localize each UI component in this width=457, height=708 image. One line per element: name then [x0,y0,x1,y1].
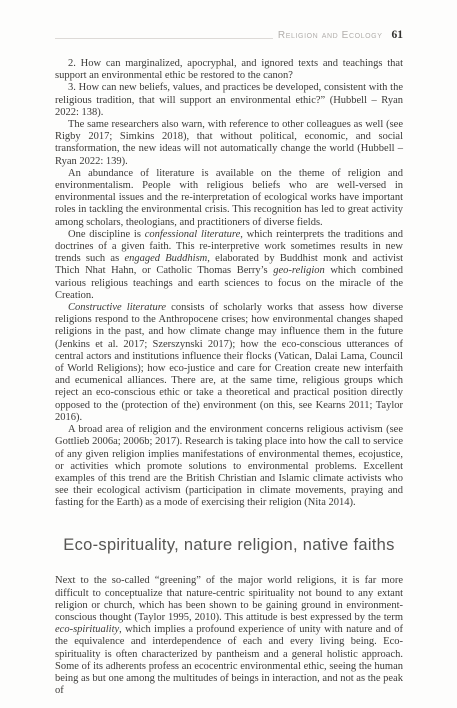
section-heading: Eco-spirituality, nature religion, nativ… [55,536,403,556]
text-run: A broad area of religion and the environ… [55,424,403,508]
text-run: An abundance of literature is available … [55,168,403,228]
paragraph: A broad area of religion and the environ… [55,424,403,509]
page-number: 61 [392,30,404,42]
text-run: The same researchers also warn, with ref… [55,119,403,167]
italic-text-run: Constructive literature [68,302,166,313]
paragraph: 2. How can marginalized, apocryphal, and… [55,58,403,82]
paragraph: Next to the so-called “greening” of the … [55,575,403,697]
italic-text-run: engaged Buddhism [124,253,207,264]
header-rule [55,38,273,39]
italic-text-run: eco-spirituality [55,624,119,635]
paragraph: The same researchers also warn, with ref… [55,119,403,168]
text-run: Next to the so-called “greening” of the … [55,575,403,623]
page-body: 2. How can marginalized, apocryphal, and… [55,58,403,697]
paragraph: Constructive literature consists of scho… [55,302,403,424]
text-run: One discipline is [68,229,145,240]
text-run: consists of scholarly works that assess … [55,302,403,423]
paragraph: 3. How can new beliefs, values, and prac… [55,82,403,119]
paragraph: An abundance of literature is available … [55,168,403,229]
italic-text-run: geo-religion [273,265,325,276]
book-page: Religion and Ecology 61 2. How can margi… [0,0,457,708]
text-run: 3. How can new beliefs, values, and prac… [55,82,403,117]
page-header: Religion and Ecology 61 [55,27,403,41]
italic-text-run: confessional literature [145,229,241,240]
text-run: 2. How can marginalized, apocryphal, and… [55,58,403,81]
paragraph: One discipline is confessional literatur… [55,229,403,302]
running-head-title: Religion and Ecology [278,31,383,41]
